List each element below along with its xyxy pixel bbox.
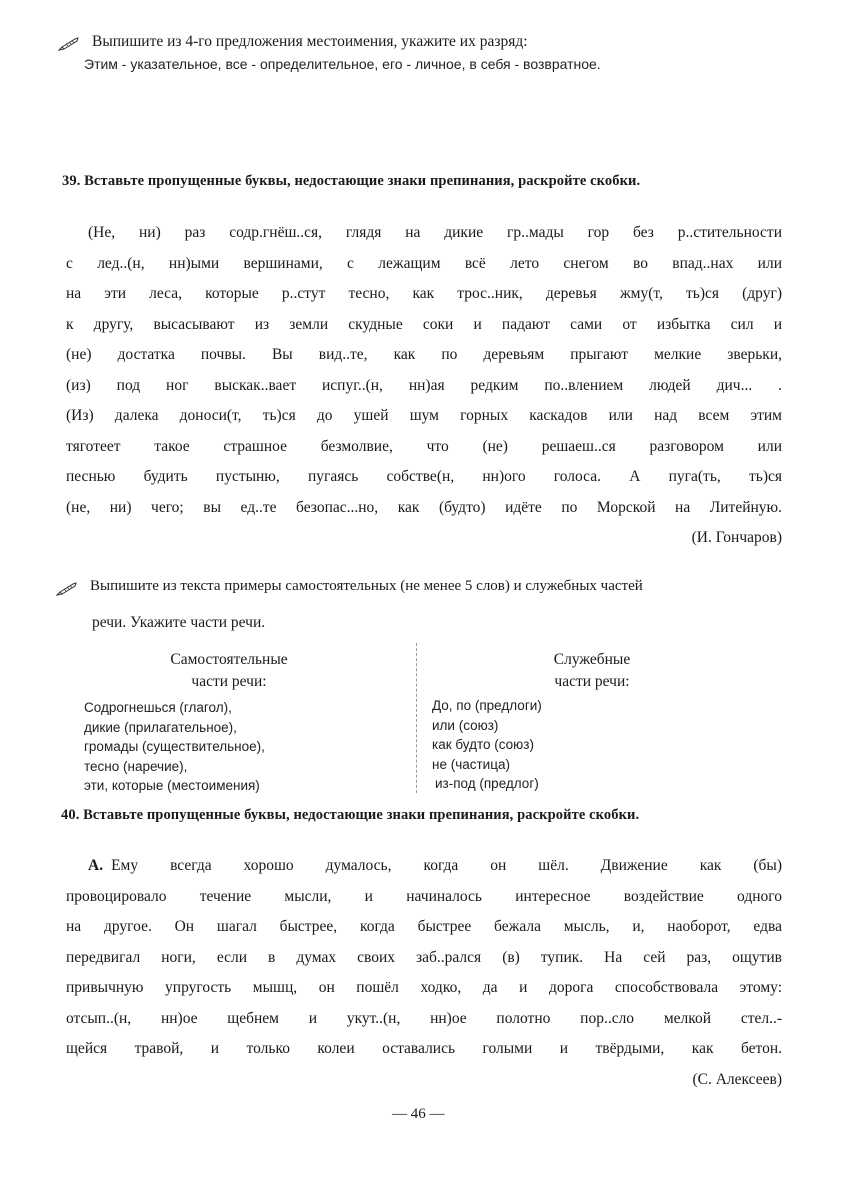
list-item: из-под (предлог) xyxy=(432,774,732,794)
text-line: отсып..(н, нн)ое щебнем и укут..(н, нн)о… xyxy=(66,1004,782,1035)
text-line: (не, ни) чего; вы ед..те безопас...но, к… xyxy=(66,493,782,524)
list-item: Содрогнешься (глагол), xyxy=(84,698,414,718)
part-label: А. xyxy=(88,851,103,882)
left-column-list: Содрогнешься (глагол), дикие (прилагател… xyxy=(84,698,414,796)
right-column-list: До, по (предлоги) или (союз) как будто (… xyxy=(432,696,732,794)
list-item: тесно (наречие), xyxy=(84,757,414,777)
parts-task-prompt-line2: речи. Укажите части речи. xyxy=(92,614,265,632)
text-line: к другу, высасывают из земли скудные сок… xyxy=(66,310,782,341)
top-task-prompt: Выпишите из 4-го предложения местоимения… xyxy=(92,33,528,51)
right-column-header-line1: Служебные xyxy=(432,649,752,671)
list-item: не (частица) xyxy=(432,755,732,775)
text-line: (не) достатка почвы. Вы вид..те, как по … xyxy=(66,340,782,371)
list-item: как будто (союз) xyxy=(432,735,732,755)
text-line: привычную упругость мышц, он пошёл ходко… xyxy=(66,973,782,1004)
text-line: щейся травой, и только колеи оставались … xyxy=(66,1034,782,1065)
author-credit: (С. Алексеев) xyxy=(66,1065,782,1096)
left-column-header-line1: Самостоятельные xyxy=(84,649,374,671)
exercise-39-heading: 39. Вставьте пропущенные буквы, недостаю… xyxy=(62,173,640,190)
text-line: провоцировало течение мысли, и начиналос… xyxy=(66,882,782,913)
right-column-header: Служебные части речи: xyxy=(432,649,752,693)
pencil-icon xyxy=(56,582,78,596)
text-line: передвигал ноги, если в думах своих заб.… xyxy=(66,943,782,974)
left-column-header-line2: части речи: xyxy=(84,671,374,693)
text-line: тяготеет такое страшное безмолвие, что (… xyxy=(66,432,782,463)
text-line: Ему всегда хорошо думалось, когда он шёл… xyxy=(111,851,782,882)
right-column: Служебные части речи: До, по (предлоги) … xyxy=(432,649,732,794)
text-line: песнью будить пустыню, пугаясь собстве(н… xyxy=(66,462,782,493)
list-item: эти, которые (местоимения) xyxy=(84,776,414,796)
right-column-header-line2: части речи: xyxy=(432,671,752,693)
list-item: громады (существительное), xyxy=(84,737,414,757)
text-line: (Из) далека доноси(т, ть)ся до ушей шум … xyxy=(66,401,782,432)
author-credit: (И. Гончаров) xyxy=(66,523,782,554)
list-item: дикие (прилагательное), xyxy=(84,718,414,738)
left-column: Самостоятельные части речи: Содрогнешься… xyxy=(84,649,414,796)
text-line: на эти леса, которые р..стут тесно, как … xyxy=(66,279,782,310)
pencil-icon xyxy=(58,37,80,51)
left-column-header: Самостоятельные части речи: xyxy=(84,649,374,693)
exercise-40-text: А. Ему всегда хорошо думалось, когда он … xyxy=(66,851,782,1095)
column-divider xyxy=(416,643,417,793)
text-line: на другое. Он шагал быстрее, когда быстр… xyxy=(66,912,782,943)
parts-task-prompt-line1: Выпишите из текста примеры самостоятельн… xyxy=(90,578,643,595)
text-line-first: А. Ему всегда хорошо думалось, когда он … xyxy=(66,851,782,882)
page-number: — 46 — xyxy=(392,1106,445,1123)
list-item: или (союз) xyxy=(432,716,732,736)
text-line: (из) под ног выскак..вает испуг..(н, нн)… xyxy=(66,371,782,402)
exercise-39-text: (Не, ни) раз содр.гнёш..ся, глядя на дик… xyxy=(66,218,782,554)
text-line: (Не, ни) раз содр.гнёш..ся, глядя на дик… xyxy=(66,218,782,249)
exercise-40-heading: 40. Вставьте пропущенные буквы, недостаю… xyxy=(61,807,639,824)
list-item: До, по (предлоги) xyxy=(432,696,732,716)
top-task-answer: Этим - указательное, все - определительн… xyxy=(84,56,601,72)
text-line: с лед..(н, нн)ыми вершинами, с лежащим в… xyxy=(66,249,782,280)
